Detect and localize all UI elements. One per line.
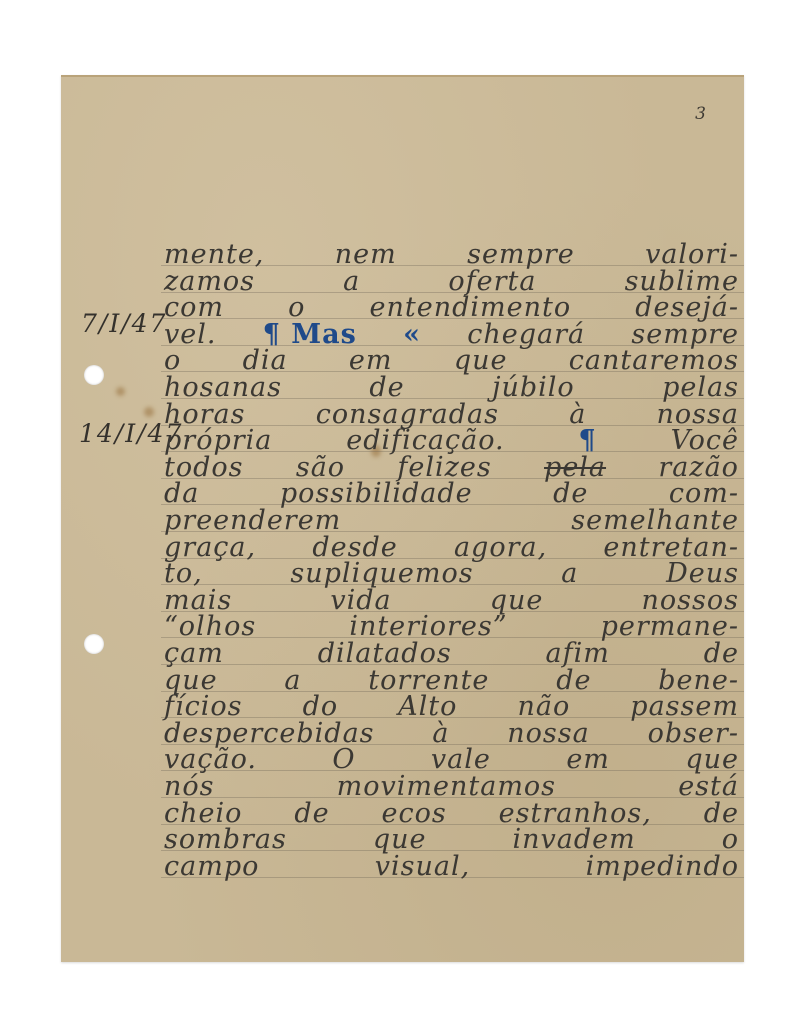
punch-hole-bottom [84,634,104,654]
margin-date-1: 7/I/47 [81,309,167,338]
text-line: campovisual,impedindo [164,851,739,882]
word: campo [164,851,259,882]
punch-hole-top [84,365,104,385]
manuscript-page: 3 7/I/47 14/I/47. mente,nemsemprevalori-… [61,75,744,962]
page-number: 3 [695,104,706,124]
word: visual, [375,851,470,882]
word: impedindo [586,851,739,882]
stain [144,407,154,417]
stain [116,387,125,396]
